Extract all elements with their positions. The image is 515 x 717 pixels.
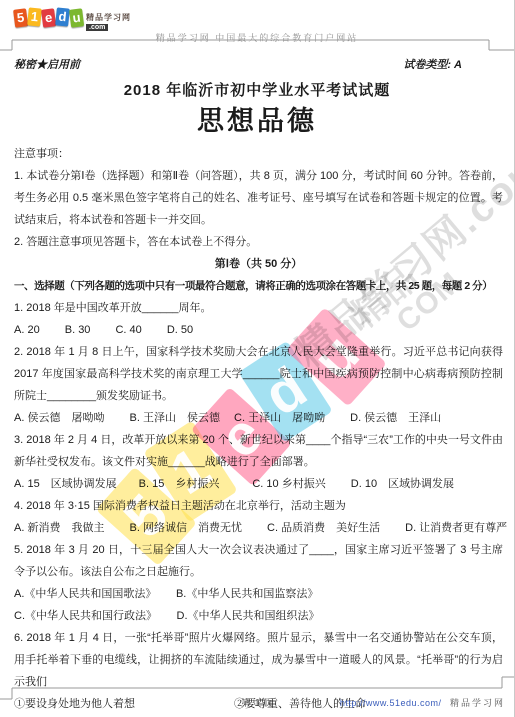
question-3-stem: 3. 2018 年 2 月 4 日，改革开放以来第 20 个、新世纪以来第___… (14, 429, 503, 473)
question-5-options-ab: A.《中华人民共和国国歌法》 B.《中华人民共和国监察法》 (14, 583, 503, 605)
51edu-logo[interactable]: 5 1 e d u 精品学习网 .com (14, 8, 131, 31)
question-4-stem: 4. 2018 年 3·15 国际消费者权益日主题活动在北京举行，活动主题为 (14, 495, 503, 517)
logo-domain-suffix: .com (86, 24, 108, 31)
multiple-choice-heading: 一、选择题（下列各题的选项中只有一项最符合题意，请将正确的选项涂在答题卡上，共 … (14, 275, 503, 297)
logo-tile-u: u (69, 8, 84, 27)
question-1-options: A. 20 B. 30 C. 40 D. 50 (14, 319, 503, 341)
logo-tile-1: 1 (27, 7, 42, 26)
logo-tile-d: d (55, 7, 70, 26)
footer-links: http://www.51edu.com/ 精品学习网 (340, 696, 505, 709)
exam-title: 2018 年临沂市初中学业水平考试试题 (0, 79, 514, 100)
logo-wordmark: 精品学习网 .com (86, 12, 131, 31)
security-row: 秘密★启用前 试卷类型: A (14, 56, 462, 72)
footer-site-name: 精品学习网 (450, 698, 505, 708)
question-2-options: A. 侯云德 屠呦呦 B. 王泽山 侯云德 C. 王泽山 屠呦呦 D. 侯云德 … (14, 407, 503, 429)
section1-heading: 第Ⅰ卷（共 50 分） (14, 253, 503, 275)
security-label: 秘密★启用前 (14, 56, 80, 72)
logo-tile-e: e (41, 8, 56, 27)
paper-type-label: 试卷类型: A (403, 56, 462, 72)
question-5-options-cd: C.《中华人民共和国行政法》 D.《中华人民共和国组织法》 (14, 605, 503, 627)
logo-tiles: 5 1 e d u (14, 8, 83, 26)
exam-paper-page: 5 1 e d u 精品学习网 .com 精品学习网 中国最大的综合教育门户网站… (0, 0, 515, 717)
question-4-options: A. 新消费 我做主 B. 网络诚信 消费无忧 C. 品质消费 美好生活 D. … (14, 517, 503, 539)
exam-body: 注意事项： 1. 本试卷分第Ⅰ卷（选择题）和第Ⅱ卷（问答题），共 8 页，满分 … (14, 143, 503, 715)
footer: 第 1 页 http://www.51edu.com/ 精品学习网 (0, 696, 515, 712)
notice-item-2: 2. 答题注意事项见答题卡，答在本试卷上不得分。 (14, 231, 503, 253)
logo-tile-5: 5 (13, 8, 28, 27)
logo-site-name: 精品学习网 (86, 12, 131, 23)
footer-url-link[interactable]: http://www.51edu.com/ (340, 698, 442, 708)
question-3-options: A. 15 区域协调发展 B. 15 乡村振兴 C. 10 乡村振兴 D. 10… (14, 473, 503, 495)
notice-heading: 注意事项： (14, 143, 503, 165)
header-rule (0, 36, 515, 52)
question-1-stem: 1. 2018 年是中国改革开放______周年。 (14, 297, 503, 319)
question-5-stem: 5. 2018 年 3 月 20 日，十三届全国人大一次会议表决通过了____，… (14, 539, 503, 583)
question-2-stem: 2. 2018 年 1 月 8 日上午，国家科学技术奖励大会在北京人民大会堂隆重… (14, 341, 503, 407)
notice-item-1: 1. 本试卷分第Ⅰ卷（选择题）和第Ⅱ卷（问答题），共 8 页，满分 100 分，… (14, 165, 503, 231)
subject-title: 思想品德 (0, 99, 514, 138)
